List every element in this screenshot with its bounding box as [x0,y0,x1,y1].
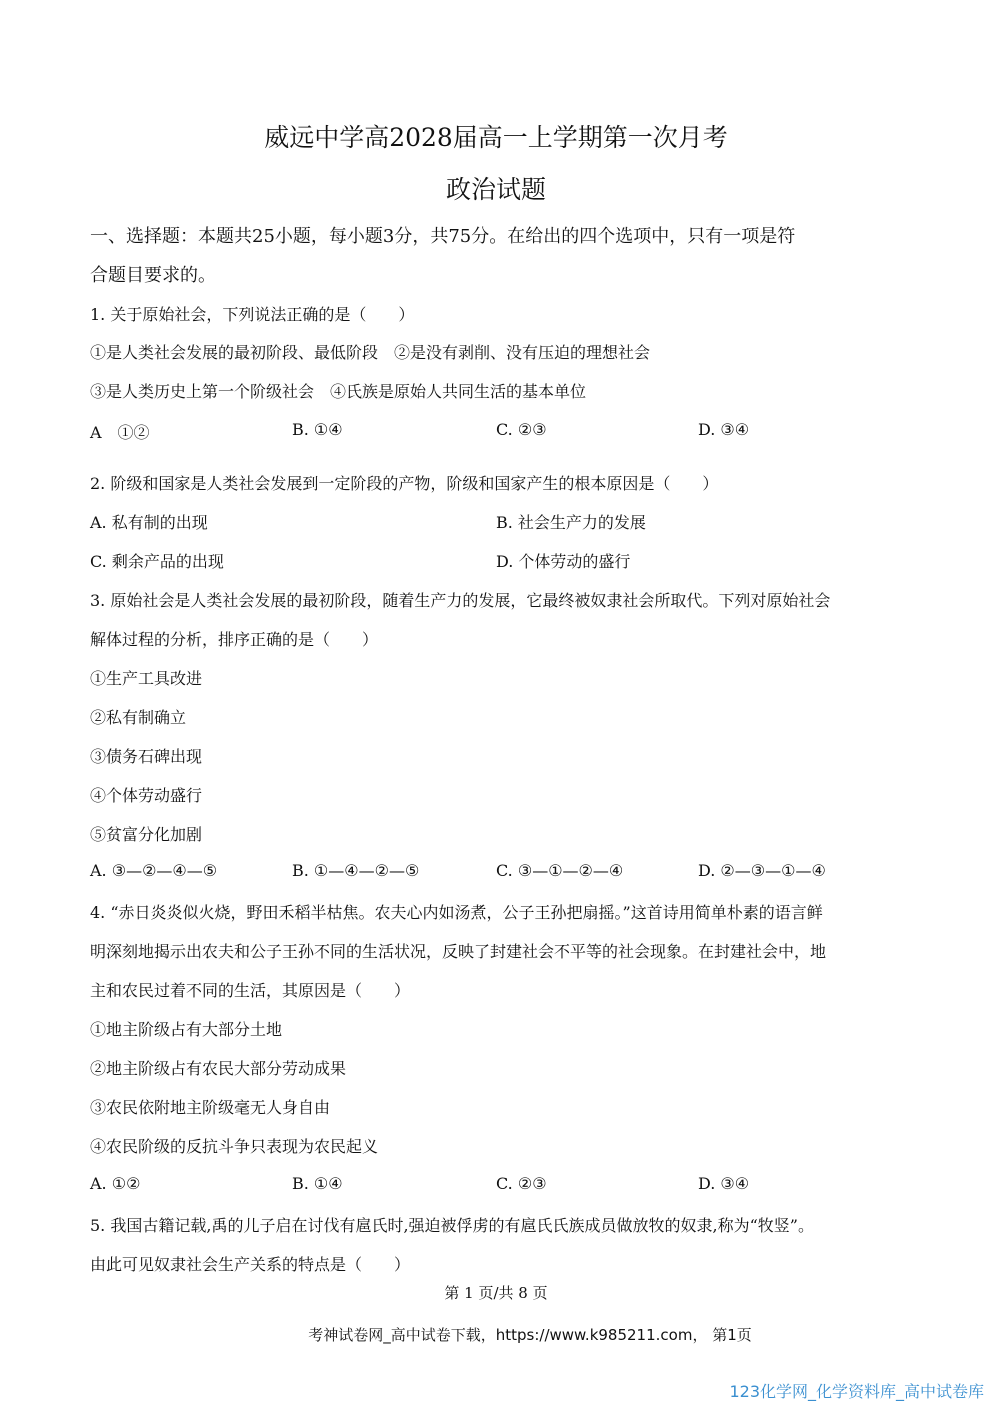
option-b[interactable]: B. ①—④—②—⑤ [292,861,419,880]
statement: ①地主阶级占有大部分土地 [90,1017,282,1040]
question-stem: 4. “赤日炎炎似火烧，野田禾稻半枯焦。农夫心内如汤煮，公子王孙把扇摇。”这首诗… [90,900,823,923]
question-stem: 5. 我国古籍记载,禹的儿子启在讨伐有扈氏时,强迫被俘虏的有扈氏氏族成员做放牧的… [90,1213,814,1236]
option-b[interactable]: B. ①④ [292,420,343,439]
section-instruction: 一、选择题：本题共25小题，每小题3分，共75分。在给出的四个选项中，只有一项是… [90,222,795,248]
option-b[interactable]: B. 社会生产力的发展 [496,510,646,533]
statement: ⑤贫富分化加剧 [90,822,202,845]
exam-subtitle: 政治试题 [0,170,992,206]
question-stem-cont: 解体过程的分析，排序正确的是（ ） [90,627,378,650]
statement: ②私有制确立 [90,705,186,728]
site-footer: 考神试卷网_高中试卷下载，https://www.k985211.com， 第1… [0,1324,992,1345]
statement: ③农民依附地主阶级毫无人身自由 [90,1095,330,1118]
question-stem-cont: 由此可见奴隶社会生产关系的特点是（ ） [90,1252,410,1275]
option-a[interactable]: A. ①② [90,1174,140,1193]
option-d[interactable]: D. ③④ [698,1174,749,1193]
statement: ③债务石碑出现 [90,744,202,767]
option-a[interactable]: A. ③—②—④—⑤ [90,861,217,880]
option-c[interactable]: C. ③—①—②—④ [496,861,623,880]
option-b[interactable]: B. ①④ [292,1174,343,1193]
option-a[interactable]: A ①② [90,420,150,443]
question-stem-cont: 主和农民过着不同的生活，其原因是（ ） [90,978,410,1001]
statement: ④农民阶级的反抗斗争只表现为农民起义 [90,1134,378,1157]
watermark-text: 123化学网_化学资料库_高中试卷库 [729,1379,984,1402]
question-stem-cont: 明深刻地揭示出农夫和公子王孙不同的生活状况，反映了封建社会不平等的社会现象。在封… [90,939,826,962]
statement: ①是人类社会发展的最初阶段、最低阶段 ②是没有剥削、没有压迫的理想社会 [90,340,650,363]
question-stem: 1. 关于原始社会，下列说法正确的是（ ） [90,302,414,325]
option-c[interactable]: C. ②③ [496,420,547,439]
exam-title: 威远中学高2028届高一上学期第一次月考 [0,118,992,154]
option-d[interactable]: D. ②—③—①—④ [698,861,826,880]
statement: ④个体劳动盛行 [90,783,202,806]
section-instruction-cont: 合题目要求的。 [90,261,216,287]
statement: ①生产工具改进 [90,666,202,689]
option-d[interactable]: D. ③④ [698,420,749,439]
option-c[interactable]: C. ②③ [496,1174,547,1193]
question-stem: 2. 阶级和国家是人类社会发展到一定阶段的产物，阶级和国家产生的根本原因是（ ） [90,471,718,494]
option-a[interactable]: A. 私有制的出现 [90,510,208,533]
page-indicator: 第 1 页/共 8 页 [0,1282,992,1303]
question-stem: 3. 原始社会是人类社会发展的最初阶段，随着生产力的发展，它最终被奴隶社会所取代… [90,588,830,611]
statement: ③是人类历史上第一个阶级社会 ④氏族是原始人共同生活的基本单位 [90,379,586,402]
option-c[interactable]: C. 剩余产品的出现 [90,549,224,572]
statement: ②地主阶级占有农民大部分劳动成果 [90,1056,346,1079]
option-d[interactable]: D. 个体劳动的盛行 [496,549,630,572]
